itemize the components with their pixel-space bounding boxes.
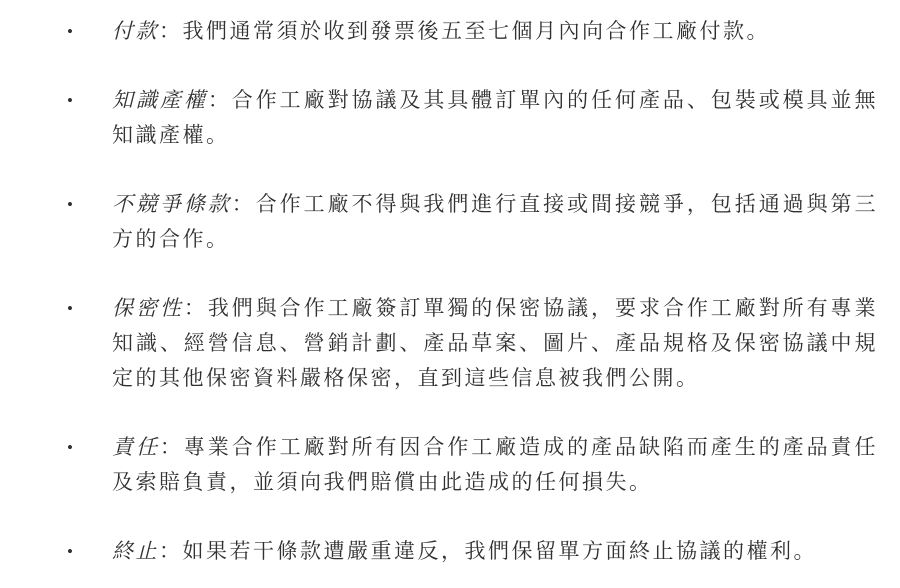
colon: ： bbox=[184, 296, 208, 320]
term-label: 知識產權 bbox=[112, 88, 208, 112]
line-text: 我們與合作工廠簽訂單獨的保密協議，要求合作工廠對所有專業 bbox=[208, 296, 878, 320]
bullet-icon: • bbox=[67, 14, 112, 49]
list-item: • 付款：我們通常須於收到發票後五至七個月內向合作工廠付款。 bbox=[67, 14, 878, 49]
line-text: 知識、經營信息、營銷計劃、產品草案、圖片、產品規格及保密協議中規 bbox=[112, 326, 878, 361]
term-label: 保密性 bbox=[112, 296, 184, 320]
colon: ： bbox=[232, 192, 256, 216]
line-text: 合作工廠對協議及其具體訂單內的任何產品、包裝或模具並無 bbox=[232, 88, 878, 112]
colon: ： bbox=[159, 19, 183, 43]
line-text: 方的合作。 bbox=[112, 222, 878, 257]
term-label: 終止 bbox=[112, 539, 159, 563]
bullet-icon: • bbox=[67, 83, 112, 118]
line-text: 我們通常須於收到發票後五至七個月內向合作工廠付款。 bbox=[183, 19, 771, 43]
list-item-text: 終止：如果若干條款遭嚴重違反，我們保留單方面終止協議的權利。 bbox=[112, 534, 878, 569]
line-text: 知識產權。 bbox=[112, 118, 878, 153]
bullet-icon: • bbox=[67, 291, 112, 326]
term-label: 責任 bbox=[112, 435, 160, 459]
document-page: • 付款：我們通常須於收到發票後五至七個月內向合作工廠付款。 • 知識產權：合作… bbox=[0, 0, 900, 588]
list-item: • 知識產權：合作工廠對協議及其具體訂單內的任何產品、包裝或模具並無 知識產權。 bbox=[67, 83, 878, 153]
colon: ： bbox=[160, 435, 184, 459]
list-item-text: 付款：我們通常須於收到發票後五至七個月內向合作工廠付款。 bbox=[112, 14, 878, 49]
line-text: 專業合作工廠對所有因合作工廠造成的產品缺陷而產生的產品責任 bbox=[184, 435, 878, 459]
term-label: 付款 bbox=[112, 19, 159, 43]
colon: ： bbox=[159, 539, 183, 563]
colon: ： bbox=[208, 88, 232, 112]
list-item: • 終止：如果若干條款遭嚴重違反，我們保留單方面終止協議的權利。 bbox=[67, 534, 878, 569]
bullet-icon: • bbox=[67, 534, 112, 569]
line-text: 合作工廠不得與我們進行直接或間接競爭，包括通過與第三 bbox=[256, 192, 878, 216]
line-text: 如果若干條款遭嚴重違反，我們保留單方面終止協議的權利。 bbox=[183, 539, 818, 563]
list-item: • 不競爭條款：合作工廠不得與我們進行直接或間接競爭，包括通過與第三 方的合作。 bbox=[67, 187, 878, 257]
list-item-text: 保密性：我們與合作工廠簽訂單獨的保密協議，要求合作工廠對所有專業 知識、經營信息… bbox=[112, 291, 878, 396]
bullet-icon: • bbox=[67, 430, 112, 465]
bullet-icon: • bbox=[67, 187, 112, 222]
term-label: 不競爭條款 bbox=[112, 192, 232, 216]
line-text: 定的其他保密資料嚴格保密，直到這些信息被我們公開。 bbox=[112, 361, 878, 396]
bullet-list: • 付款：我們通常須於收到發票後五至七個月內向合作工廠付款。 • 知識產權：合作… bbox=[67, 14, 878, 569]
list-item-text: 責任：專業合作工廠對所有因合作工廠造成的產品缺陷而產生的產品責任 及索賠負責，並… bbox=[112, 430, 878, 500]
list-item-text: 不競爭條款：合作工廠不得與我們進行直接或間接競爭，包括通過與第三 方的合作。 bbox=[112, 187, 878, 257]
line-text: 及索賠負責，並須向我們賠償由此造成的任何損失。 bbox=[112, 465, 878, 500]
list-item: • 保密性：我們與合作工廠簽訂單獨的保密協議，要求合作工廠對所有專業 知識、經營… bbox=[67, 291, 878, 396]
list-item: • 責任：專業合作工廠對所有因合作工廠造成的產品缺陷而產生的產品責任 及索賠負責… bbox=[67, 430, 878, 500]
list-item-text: 知識產權：合作工廠對協議及其具體訂單內的任何產品、包裝或模具並無 知識產權。 bbox=[112, 83, 878, 153]
